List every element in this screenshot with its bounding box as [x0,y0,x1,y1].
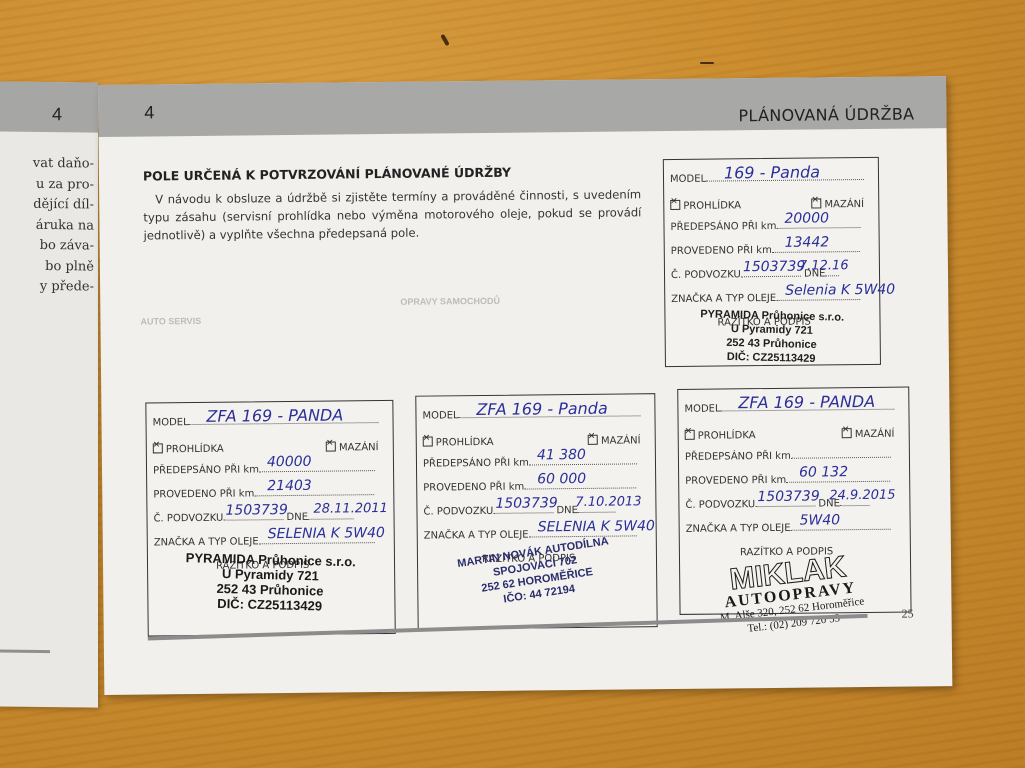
inspection-checkbox[interactable] [153,443,163,453]
form-label: Č. PODVOZKU [685,499,755,511]
section-title: PLÁNOVANÁ ÚDRŽBA [738,104,914,125]
handwritten-performed-km: 13442 [785,234,830,250]
handwritten-model: ZFA 169 - PANDA [738,392,875,412]
form-label: DNE [286,512,308,523]
form-label: PROVEDENO PŘI km [423,482,524,494]
handwritten-performed-km: 60 000 [537,471,586,488]
left-page-rule [0,649,50,653]
maintenance-form-bottom-right: MODELZFA 169 - PANDA PŘEDEPSÁNO PŘI km P… [677,387,911,615]
form-label: PŘEDEPSÁNO PŘI km [423,458,529,470]
form-label: MAZÁNÍ [601,435,641,446]
form-row-checkboxes: PROHLÍDKA MAZÁNÍ [685,428,895,442]
service-stamp: PYRAMIDA Průhonice s.r.o. U Pyramidy 721… [679,307,864,367]
form-label: MODEL [152,417,188,428]
form-label: MAZÁNÍ [824,199,864,210]
handwritten-chassis-no: 1503739 [225,502,288,519]
form-row-performed-km: PROVEDENO PŘI km [685,474,890,487]
form-label: PROVEDENO PŘI km [153,488,254,500]
form-label: PROHLÍDKA [436,437,494,449]
text-line: vat daňo- [4,154,94,175]
form-row-checkboxes: PROHLÍDKA MAZÁNÍ [153,441,379,455]
form-label: ZNAČKA A TYP OLEJE [154,536,259,548]
handwritten-scheduled-km: 41 380 [537,447,586,464]
lubrication-checkbox[interactable] [842,428,852,438]
page-heading: POLE URČENÁ K POTVRZOVÁNÍ PLÁNOVANÉ ÚDRŽ… [143,165,511,184]
page-header: 4 PLÁNOVANÁ ÚDRŽBA [98,76,946,137]
form-label: MODEL [684,403,720,414]
handwritten-oil: 5W40 [800,512,841,528]
service-stamp: MARTIN NOVÁK AUTODÍLNA SPOJOVACÍ 702 252… [429,530,643,616]
wood-knot [700,62,714,64]
left-page-header: 4 [0,81,98,132]
form-label: MODEL [670,174,706,185]
lubrication-checkbox[interactable] [588,435,598,445]
handwritten-performed-km: 60 132 [799,464,848,481]
form-label: PROVEDENO PŘI km [685,475,786,487]
handwritten-model: ZFA 169 - PANDA [206,405,343,425]
text-line: u za pro- [4,174,94,195]
form-row-scheduled-km: PŘEDEPSÁNO PŘI km [423,456,637,469]
form-label: Č. PODVOZKU [671,269,741,281]
form-row-performed-km: PROVEDENO PŘI km [423,480,636,493]
maintenance-form-bottom-left: MODELZFA 169 - PANDA PŘEDEPSÁNO PŘI km40… [145,400,395,637]
faded-stamp: AUTO SERVIS [140,316,201,327]
form-label: ZNAČKA A TYP OLEJE [671,293,776,305]
handwritten-date: 7.12.16 [799,258,849,274]
text-line: bo záva- [4,236,94,257]
handwritten-model: 169 - Panda [724,162,820,182]
handwritten-date: 28.11.2011 [313,501,388,517]
faded-stamp: OPRAVY SAMOCHODŮ [400,296,500,307]
handwritten-oil: SELENIA K 5W40 [268,525,385,542]
form-row-scheduled-km: PŘEDEPSÁNO PŘI km [670,220,860,233]
lubrication-checkbox[interactable] [326,442,336,452]
inspection-checkbox[interactable] [685,430,695,440]
form-label: MAZÁNÍ [855,429,895,440]
form-label: PŘEDEPSÁNO PŘI km [685,451,791,463]
handwritten-oil: Selenia K 5W40 [785,282,895,299]
form-label: PROHLÍDKA [683,200,741,212]
form-label: ZNAČKA A TYP OLEJE [424,530,529,542]
handwritten-date: 24.9.2015 [829,488,895,504]
service-stamp: PYRAMIDA Průhonice s.r.o. U Pyramidy 721… [162,550,379,615]
left-page-text: vat daňo- u za pro- dějící díl- áruka na… [4,154,94,298]
form-label: ZNAČKA A TYP OLEJE [686,523,791,535]
form-row-performed-km: PROVEDENO PŘI km [671,244,860,257]
form-label: PŘEDEPSÁNO PŘI km [670,221,776,233]
handwritten-model: ZFA 169 - Panda [476,399,607,419]
handwritten-scheduled-km: 40000 [267,454,312,470]
handwritten-chassis-no: 1503739 [495,495,558,512]
lubrication-checkbox[interactable] [811,198,821,208]
text-line: áruka na [4,215,94,236]
handwritten-scheduled-km: 20000 [784,210,829,226]
text-line: y přede- [4,277,94,298]
form-label: PROHLÍDKA [698,430,756,442]
right-page: 4 PLÁNOVANÁ ÚDRŽBA POLE URČENÁ K POTVRZO… [98,76,952,695]
form-row-scheduled-km: PŘEDEPSÁNO PŘI km [153,463,375,476]
text-line: bo plně [4,256,94,277]
page-number: 4 [144,102,154,123]
handwritten-performed-km: 21403 [267,478,312,494]
form-label: Č. PODVOZKU [423,506,493,518]
form-label: MODEL [422,410,458,421]
text-line: dějící díl- [4,195,94,216]
form-row-scheduled-km: PŘEDEPSÁNO PŘI km [685,450,891,463]
left-page: 4 vat daňo- u za pro- dějící díl- áruka … [0,81,98,707]
inspection-checkbox[interactable] [423,437,433,447]
footer-page-number: 25 [902,606,914,621]
handwritten-chassis-no: 1503739 [743,259,806,276]
handwritten-date: 7.10.2013 [575,494,641,510]
form-row-checkboxes: PROHLÍDKA MAZÁNÍ [670,198,864,212]
inspection-checkbox[interactable] [670,200,680,210]
maintenance-form-bottom-middle: MODELZFA 169 - Panda PŘEDEPSÁNO PŘI km41… [415,393,657,630]
service-stamp: MIKLAK AUTOOPRAVY M. Alše 320, 252 62 Ho… [687,548,894,643]
form-row-performed-km: PROVEDENO PŘI km [153,487,374,500]
left-page-number: 4 [52,104,62,125]
maintenance-form-top-right: MODEL169 - Panda PŘEDEPSÁNO PŘI km20000 … [663,157,881,367]
handwritten-chassis-no: 1503739 [757,488,820,505]
form-label: MAZÁNÍ [339,442,379,453]
form-row-checkboxes: PROHLÍDKA MAZÁNÍ [423,434,641,448]
form-row-oil: ZNAČKA A TYP OLEJE [686,522,891,535]
form-label: Č. PODVOZKU [153,513,223,525]
handwritten-oil: SELENIA K 5W40 [538,518,655,535]
form-label: PROHLÍDKA [166,444,224,456]
form-label: PŘEDEPSÁNO PŘI km [153,464,259,476]
wood-knot [440,34,449,46]
intro-paragraph: V návodu k obsluze a údržbě si zjistěte … [143,185,642,244]
form-label: PROVEDENO PŘI km [671,245,772,257]
